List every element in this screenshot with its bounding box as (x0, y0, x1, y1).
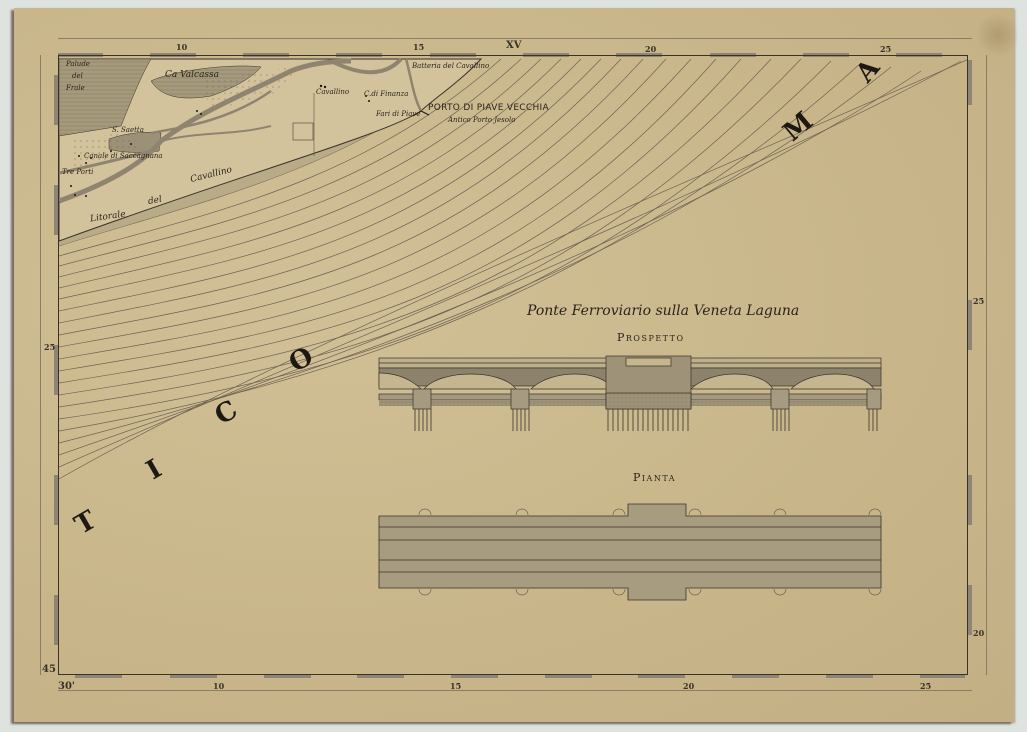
tick-bottom-10: 10 (213, 681, 224, 691)
label-antico-porto: Antico Porto Jesolo (448, 116, 515, 124)
bridge-inset-title: Ponte Ferroviario sulla Veneta Laguna (527, 303, 799, 319)
tick-top-25: 25 (880, 44, 891, 54)
label-frale: Frale (66, 84, 85, 92)
label-ca-valcassa: Ca Valcassa (165, 70, 219, 80)
label-palude: Palude (66, 60, 90, 68)
scale-bar-right (968, 55, 987, 675)
map-drawing (59, 56, 968, 675)
tick-top-10: 10 (176, 42, 187, 52)
plan-label: Pianta (633, 471, 676, 484)
scale-bar-left (40, 55, 59, 675)
tick-bottom-25: 25 (920, 681, 931, 691)
tick-right-25: 25 (973, 296, 984, 306)
tick-left-25: 25 (44, 342, 55, 352)
label-canale: Canale di Saccagnana (84, 152, 163, 160)
tick-bottom-15: 15 (450, 681, 461, 691)
tick-bottom-30: 30' (58, 681, 75, 692)
tick-bottom-20: 20 (683, 681, 694, 691)
label-porto-piave-vecchia: PORTO DI PIAVE VECCHIA (428, 103, 549, 113)
tick-left-45: 45 (42, 664, 56, 675)
label-s-saetta: S. Saetta (112, 126, 144, 134)
label-del: del (72, 72, 83, 80)
map-frame (58, 55, 968, 675)
label-cavallino: Cavallino (316, 88, 349, 96)
bridge-plan (379, 504, 881, 600)
label-tre-porti: Tre Porti (62, 168, 93, 176)
elevation-label: Prospetto (617, 331, 685, 344)
label-fari-piave: Fari di Piave (376, 110, 421, 118)
tick-top-15: 15 (413, 42, 424, 52)
sheet-number: XV (506, 40, 522, 51)
paper-stain (978, 10, 1018, 60)
bridge-elevation (379, 356, 881, 431)
tick-top-20: 20 (645, 44, 656, 54)
label-c-finanza: C.di Finanza (364, 90, 408, 98)
tick-right-20: 20 (973, 628, 984, 638)
label-batteria: Batteria del Cavallino (412, 62, 489, 70)
scale-bar-bottom (58, 674, 972, 691)
